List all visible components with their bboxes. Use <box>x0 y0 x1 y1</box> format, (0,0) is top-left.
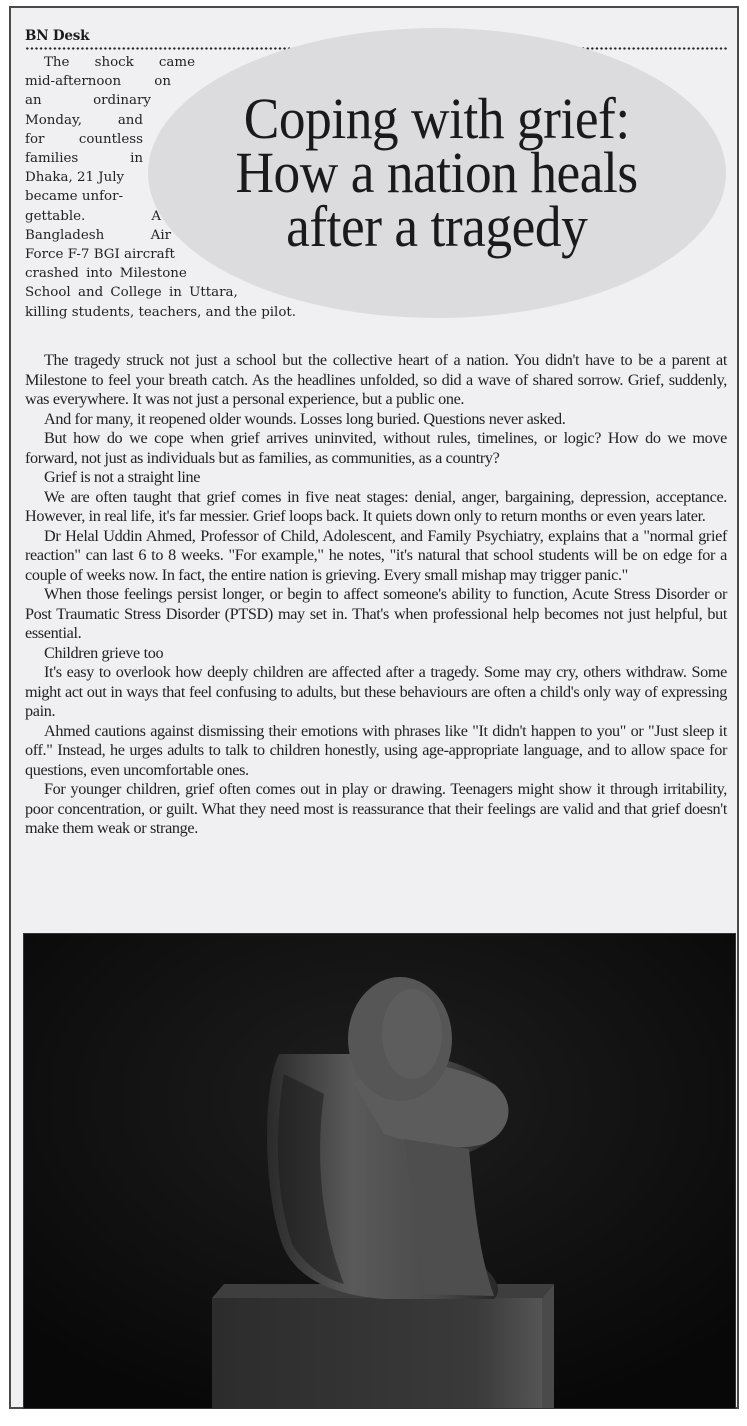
paragraph: We are often taught that grief comes in … <box>25 488 727 527</box>
lead-line: Force F-7 BGI aircraft <box>25 245 195 264</box>
lead-line: School and College in Uttara, <box>25 283 195 302</box>
lead-line: Dhaka, 21 July <box>25 168 195 187</box>
article-page: BN Desk Coping with grief: How a nation … <box>9 6 739 1409</box>
paragraph: Dr Helal Uddin Ahmed, Professor of Child… <box>25 527 727 586</box>
paragraph: And for many, it reopened older wounds. … <box>25 410 727 430</box>
grieving-sculpture-image <box>24 934 735 1408</box>
subheading: Grief is not a straight line <box>25 468 727 488</box>
lead-line: The shock came <box>25 53 195 72</box>
lead-line: an ordinary <box>25 91 151 110</box>
lead-line: Bangladesh Air <box>25 226 171 245</box>
paragraph: It's easy to overlook how deeply childre… <box>25 663 727 722</box>
headline-line-3: after a tragedy <box>286 200 587 254</box>
paragraph: Ahmed cautions against dismissing their … <box>25 722 727 781</box>
article-body: The tragedy struck not just a school but… <box>25 351 727 839</box>
headline-line-1: Coping with grief: <box>244 92 630 146</box>
lead-line: killing students, teachers, and the pilo… <box>25 303 195 322</box>
lead-line: mid-afternoon on <box>25 72 171 91</box>
paragraph: For younger children, grief often comes … <box>25 780 727 839</box>
lead-line: crashed into Milestone <box>25 264 195 283</box>
headline: Coping with grief: How a nation heals af… <box>148 28 726 318</box>
lead-line: Monday, and <box>25 111 143 130</box>
lead-line: families in <box>25 149 143 168</box>
lead-paragraph: The shock came mid-afternoon on an ordin… <box>25 53 195 322</box>
lead-line: for countless <box>25 130 143 149</box>
lead-line: became unfor- <box>25 187 195 206</box>
headline-line-2: How a nation heals <box>236 146 638 200</box>
paragraph: The tragedy struck not just a school but… <box>25 351 727 410</box>
sculpture-photo <box>23 933 736 1409</box>
byline: BN Desk <box>25 28 89 44</box>
paragraph: When those feelings persist longer, or b… <box>25 585 727 644</box>
paragraph: But how do we cope when grief arrives un… <box>25 429 727 468</box>
lead-line: gettable. A <box>25 207 161 226</box>
subheading: Children grieve too <box>25 644 727 664</box>
